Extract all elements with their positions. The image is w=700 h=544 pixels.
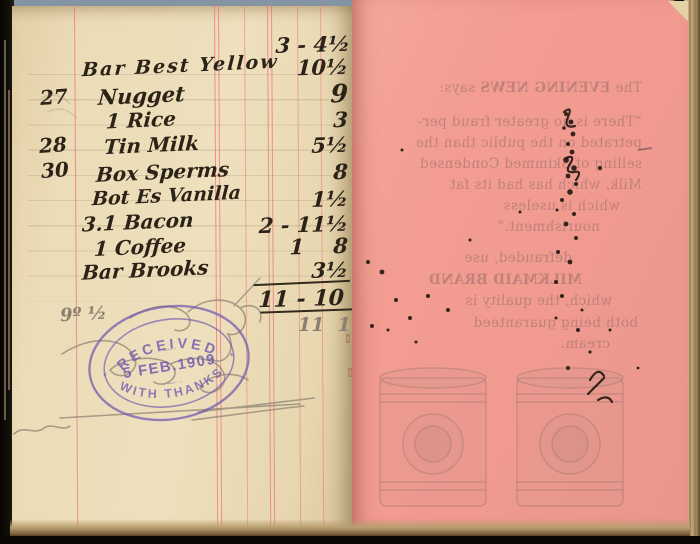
received-stamp: RECEIVED WITH THANKS · — · 5 FEB.1909 * … bbox=[76, 290, 261, 437]
ink-specks bbox=[352, 0, 688, 538]
ledger-left-page: 3 - 4½ 27 28 30 Bar Best Yellow Nugget 1… bbox=[12, 6, 353, 533]
book-bottom-shadow bbox=[0, 536, 700, 544]
pencil-scrawl bbox=[12, 6, 353, 533]
page-edge-streak bbox=[4, 40, 6, 420]
stamp-deco: * bbox=[102, 371, 109, 384]
pink-advert-page: The EVENING NEWS says: “There is no grea… bbox=[352, 0, 688, 538]
stamp-deco: * bbox=[229, 351, 236, 364]
ledger-photo: 3 - 4½ 27 28 30 Bar Best Yellow Nugget 1… bbox=[0, 0, 700, 544]
page-edge-streak bbox=[8, 90, 10, 390]
binding-stitch bbox=[346, 334, 350, 343]
stamp-deco: · — · bbox=[156, 343, 177, 356]
